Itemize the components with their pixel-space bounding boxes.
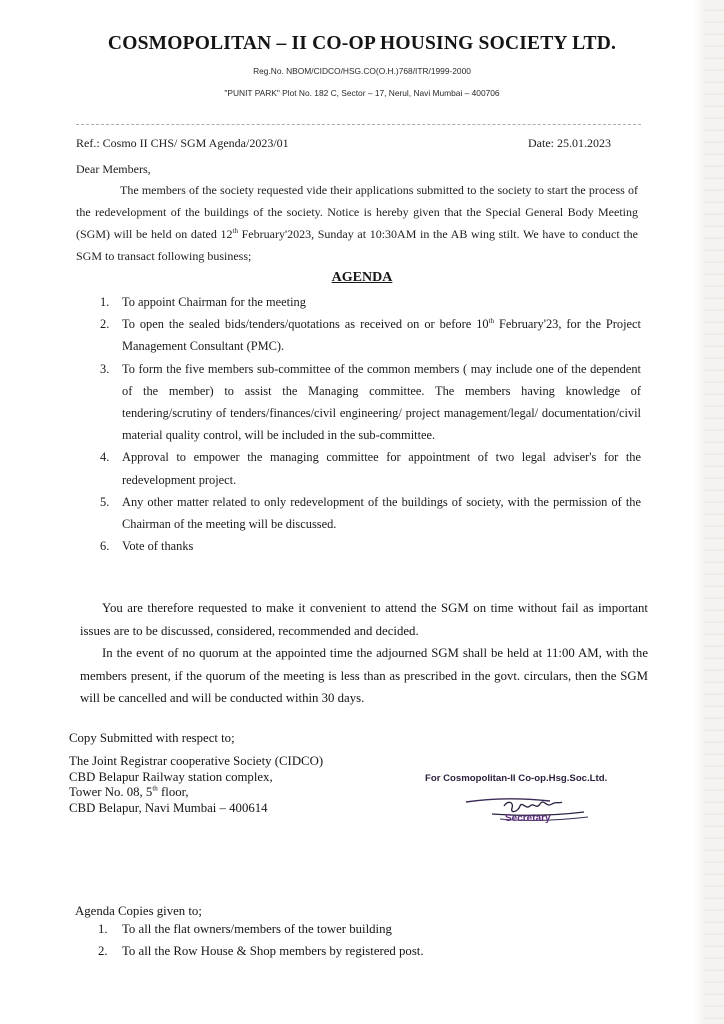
letterhead-divider — [76, 124, 641, 125]
agenda-item-text: Approval to empower the managing committ… — [122, 450, 641, 486]
registration-number: Reg.No. NBOM/CIDCO/HSG.CO(O.H.)768/ITR/1… — [0, 66, 724, 76]
agenda-item-number: 2. — [100, 313, 109, 335]
quorum-paragraph: In the event of no quorum at the appoint… — [80, 642, 648, 710]
agenda-item-number: 6. — [100, 535, 109, 557]
agenda-item: 1. To appoint Chairman for the meeting — [96, 291, 641, 313]
for-society-stamp: For Cosmopolitan-II Co-op.Hsg.Soc.Ltd. — [425, 773, 607, 784]
agenda-item-text: To appoint Chairman for the meeting — [122, 295, 306, 309]
agenda-item-number: 4. — [100, 446, 109, 468]
agenda-item-text: To form the five members sub-committee o… — [122, 362, 641, 443]
agenda-item: 6. Vote of thanks — [96, 535, 641, 557]
agenda-item-text-part1: To open the sealed bids/tenders/quotatio… — [122, 317, 489, 331]
copies-item-number: 2. — [98, 940, 108, 962]
agenda-item-text: Any other matter related to only redevel… — [122, 495, 641, 531]
address-line: Tower No. 08, 5th floor, — [69, 785, 323, 801]
agenda-item: 4. Approval to empower the managing comm… — [96, 446, 641, 490]
copies-list-item: 2. To all the Row House & Shop members b… — [98, 940, 424, 962]
attendance-request-paragraph: You are therefore requested to make it c… — [80, 597, 648, 642]
paper-stack-edge — [704, 0, 724, 1024]
agenda-list: 1. To appoint Chairman for the meeting 2… — [96, 291, 641, 557]
agenda-item: 3. To form the five members sub-committe… — [96, 358, 641, 447]
paper-edge-shadow — [692, 0, 704, 1024]
copy-submitted-heading: Copy Submitted with respect to; — [69, 731, 235, 746]
secretary-designation: Secretary — [505, 813, 551, 824]
copies-item-text: To all the flat owners/members of the to… — [122, 922, 392, 936]
agenda-item-text: Vote of thanks — [122, 539, 193, 553]
agenda-item-number: 1. — [100, 291, 109, 313]
address-line-part2: floor, — [158, 785, 189, 799]
agenda-item-number: 5. — [100, 491, 109, 513]
agenda-heading: AGENDA — [0, 270, 724, 286]
reference-number: Ref.: Cosmo II CHS/ SGM Agenda/2023/01 — [76, 136, 289, 151]
address-line-part1: Tower No. 08, 5 — [69, 785, 152, 799]
registrar-address: The Joint Registrar cooperative Society … — [69, 754, 323, 816]
intro-paragraph: The members of the society requested vid… — [76, 179, 638, 267]
address-line: CBD Belapur Railway station complex, — [69, 770, 323, 786]
agenda-copies-list: 1. To all the flat owners/members of the… — [98, 918, 424, 962]
address-line: The Joint Registrar cooperative Society … — [69, 754, 323, 770]
agenda-copies-heading: Agenda Copies given to; — [75, 904, 202, 919]
copies-list-item: 1. To all the flat owners/members of the… — [98, 918, 424, 940]
letter-date: Date: 25.01.2023 — [528, 136, 611, 151]
society-address: "PUNIT PARK" Plot No. 182 C, Sector – 17… — [0, 88, 724, 98]
copies-item-text: To all the Row House & Shop members by r… — [122, 944, 424, 958]
copies-item-number: 1. — [98, 918, 108, 940]
agenda-item: 2. To open the sealed bids/tenders/quota… — [96, 313, 641, 357]
society-name-heading: COSMOPOLITAN – II CO-OP HOUSING SOCIETY … — [0, 33, 724, 55]
agenda-item-text: To open the sealed bids/tenders/quotatio… — [122, 317, 641, 353]
agenda-item-number: 3. — [100, 358, 109, 380]
salutation: Dear Members, — [76, 162, 151, 177]
address-line: CBD Belapur, Navi Mumbai – 400614 — [69, 801, 323, 817]
agenda-item: 5. Any other matter related to only rede… — [96, 491, 641, 535]
